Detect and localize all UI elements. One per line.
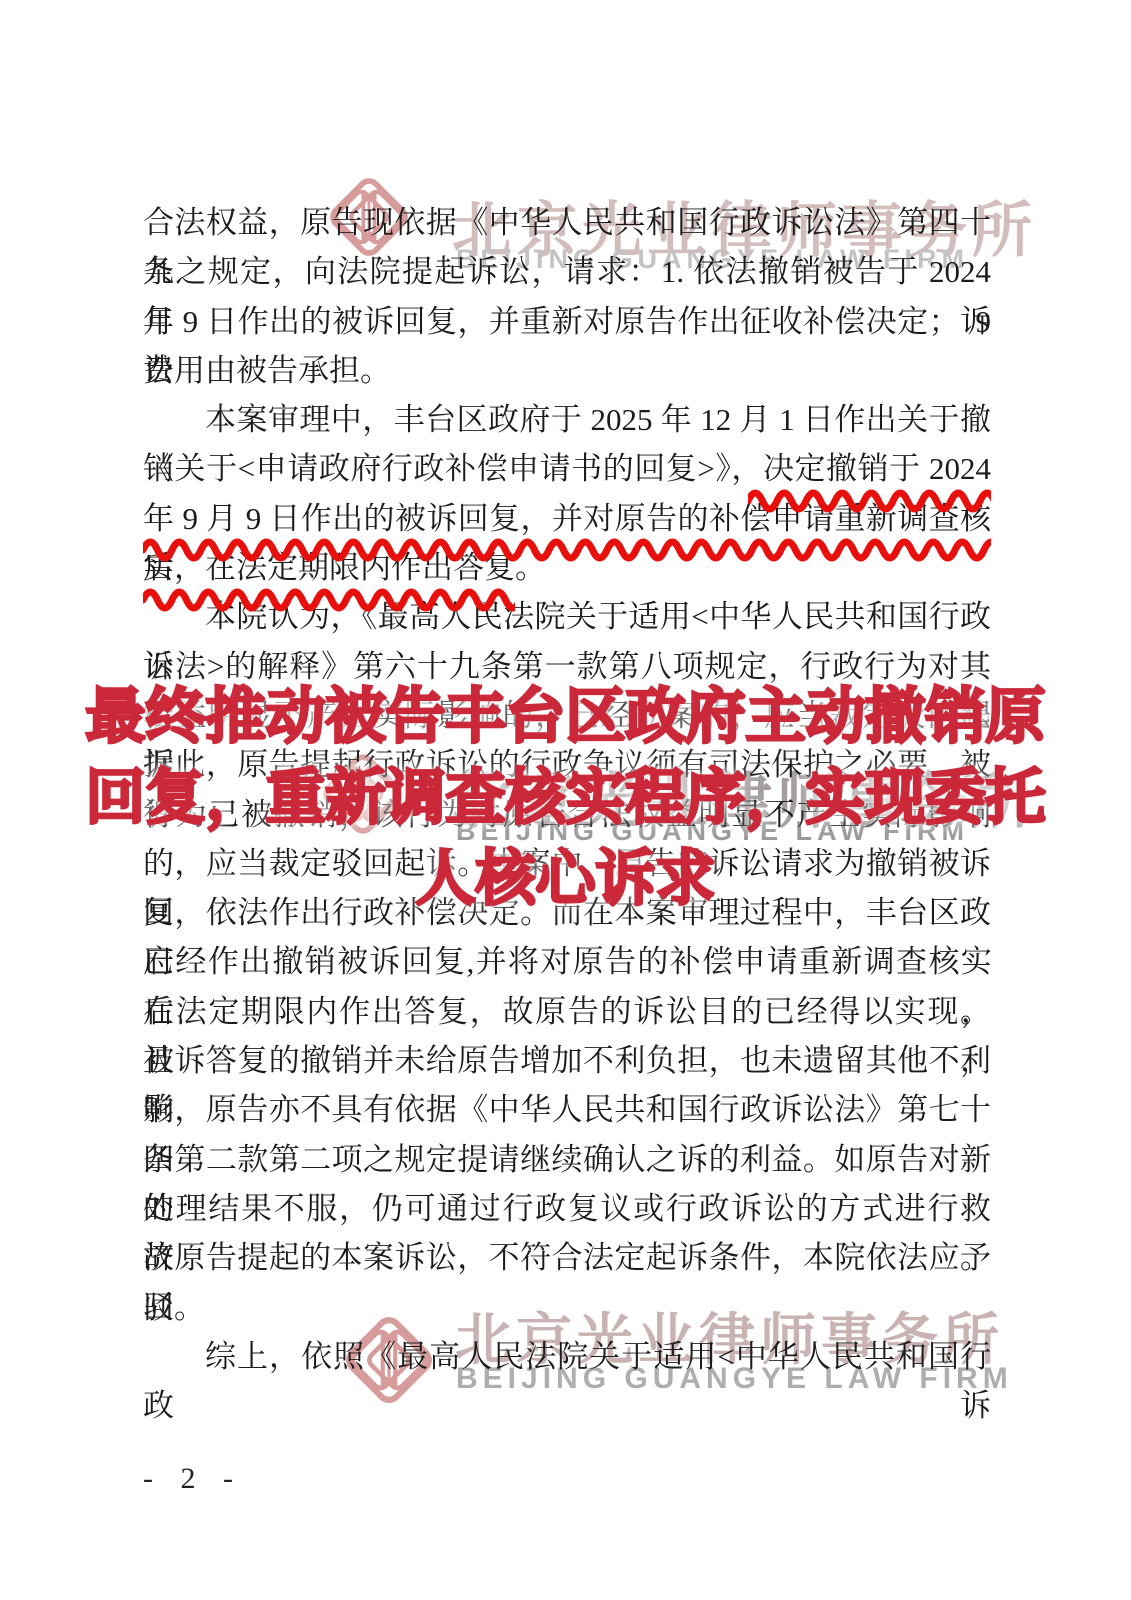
document-line: 本院认为，《最高人民法院关于适用<中华人民共和国行政诉: [143, 592, 991, 641]
red-stamp-line: 人核心诉求: [0, 838, 1131, 919]
document-line: 本案审理中，丰台区政府于 2025 年 12 月 1 日作出关于撤销: [143, 395, 991, 444]
document-page: 北京光业律师事务所 BEIJING GUANGYE LAW FIRM 北京光业律…: [0, 0, 1131, 1600]
document-line: 被诉答复的撤销并未给原告增加不利负担，也未遗留其他不利影: [143, 1036, 991, 1085]
document-line: 条之规定，向法院提起诉讼，请求：1. 依法撤销被告于 2024 年 9: [143, 247, 991, 296]
document-line: 综上，依照《最高人民法院关于适用<中华人民共和国行政诉: [143, 1332, 991, 1381]
page-number: - 2 -: [143, 1462, 243, 1496]
document-line: 年 9 月 9 日作出的被诉回复，并对原告的补偿申请重新调查核实: [143, 494, 991, 543]
document-line: 在法定期限内作出答复，故原告的诉讼目的已经得以实现。且，: [143, 987, 991, 1036]
red-stamp-overlay: 最终推动被告丰台区政府主动撤销原 回复，重新调查核实程序，实现委托 人核心诉求: [0, 676, 1131, 919]
document-line: 后，在法定期限内作出答复。: [143, 543, 991, 592]
red-stamp-line: 最终推动被告丰台区政府主动撤销原: [0, 676, 1131, 757]
document-line: 响，原告亦不具有依据《中华人民共和国行政诉讼法》第七十四: [143, 1085, 991, 1134]
document-line: 已经作出撤销被诉回复,并将对原告的补偿申请重新调查核实后，: [143, 937, 991, 986]
document-line: 合法权益，原告现依据《中华人民共和国行政诉讼法》第四十九: [143, 198, 991, 247]
document-line: 回。: [143, 1283, 991, 1332]
document-line: 处理结果不服，仍可通过行政复议或行政诉讼的方式进行救济。: [143, 1184, 991, 1233]
document-line: 故原告提起的本案诉讼，不符合法定起诉条件，本院依法应予驳: [143, 1233, 991, 1282]
document-line: 条第二款第二项之规定提请继续确认之诉的利益。如原告对新的: [143, 1135, 991, 1184]
document-line: 月 9 日作出的被诉回复，并重新对原告作出征收补偿决定；诉讼: [143, 297, 991, 346]
red-stamp-line: 回复，重新调查核实程序，实现委托: [0, 757, 1131, 838]
document-line: 《关于<申请政府行政补偿申请书的回复>》，决定撤销于 2024: [143, 444, 991, 493]
document-line: 费用由被告承担。: [143, 346, 991, 395]
